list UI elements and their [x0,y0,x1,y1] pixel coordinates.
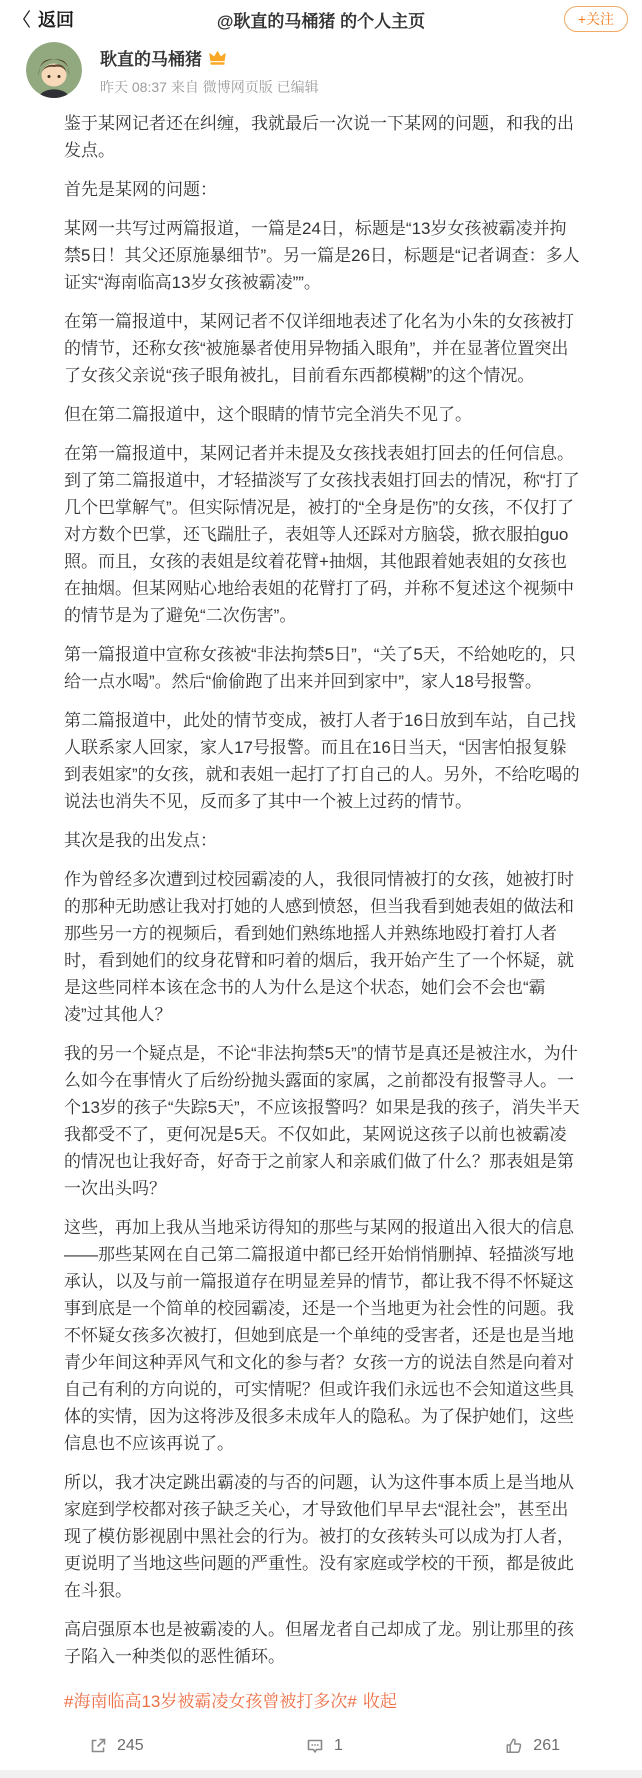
post-paragraph: 高启强原本也是被霸凌的人。但屠龙者自己却成了龙。别让那里的孩子陷入一种类似的恶性… [64,1616,580,1670]
post-paragraph: 所以，我才决定跳出霸凌的与否的问题，认为这件事本质上是当地从家庭到学校都对孩子缺… [64,1469,580,1604]
share-arrow-icon [88,1736,108,1756]
post-paragraph: 在第一篇报道中，某网记者并未提及女孩找表姐打回去的任何信息。到了第二篇报道中，才… [64,440,580,629]
page-title: @耿直的马桶猪 的个人主页 [0,7,642,32]
post-paragraph: 首先是某网的问题： [64,176,580,203]
back-label: 返回 [38,6,74,32]
post-paragraph: 但在第二篇报道中，这个眼睛的情节完全消失不见了。 [64,401,580,428]
hashtag-link[interactable]: #海南临高13岁被霸凌女孩曾被打多次# [64,1692,357,1711]
post-paragraph: 在第一篇报道中，某网记者不仅详细地表述了化名为小朱的女孩被打的情节，还称女孩“被… [64,308,580,389]
username[interactable]: 耿直的马桶猪 [100,45,202,70]
follow-button[interactable]: +关注 [564,6,628,32]
back-button[interactable]: 〈 返回 [14,6,74,32]
thumbs-up-icon [504,1736,524,1756]
post-paragraph: 这些，再加上我从当地采访得知的那些与某网的报道出入很大的信息——那些某网在自己第… [64,1214,580,1457]
chevron-left-icon: 〈 [16,6,30,32]
speech-bubble-icon [305,1736,325,1756]
like-button[interactable]: 261 [504,1736,560,1756]
post-paragraph: 作为曾经多次遭到过校园霸凌的人，我很同情被打的女孩，她被打时的那种无助感让我对打… [64,866,580,1028]
post-paragraph: 第二篇报道中，此处的情节变成，被打人者于16日放到车站，自己找人联系家人回家，家… [64,707,580,815]
repost-button[interactable]: 245 [88,1736,144,1756]
post-paragraph: 其次是我的出发点： [64,827,580,854]
post-paragraph: 第一篇报道中宣称女孩被“非法拘禁5日”，“关了5天，不给她吃的，只给一点水喝”。… [64,641,580,695]
post-paragraph: 鉴于某网记者还在纠缠，我就最后一次说一下某网的问题，和我的出发点。 [64,110,580,164]
post-paragraph: 我的另一个疑点是，不论“非法拘禁5天”的情节是真还是被注水，为什么如今在事情火了… [64,1040,580,1202]
post-paragraph: 某网一共写过两篇报道，一篇是24日，标题是“13岁女孩被霸凌并拘禁5日！其父还原… [64,215,580,296]
user-info: 耿直的马桶猪 昨天 08:37 来自 微博网页版 已编辑 [82,42,319,98]
top-bar: 〈 返回 @耿直的马桶猪 的个人主页 +关注 [0,0,642,38]
user-row: 耿直的马桶猪 昨天 08:37 来自 微博网页版 已编辑 [0,38,642,98]
page-background-strip [0,1770,642,1778]
comment-count: 1 [334,1737,343,1755]
vip-crown-icon [208,49,227,66]
post-meta: 昨天 08:37 来自 微博网页版 已编辑 [100,77,319,97]
post-content: 鉴于某网记者还在纠缠，我就最后一次说一下某网的问题，和我的出发点。首先是某网的问… [64,110,580,1670]
like-count: 261 [533,1737,560,1755]
weibo-profile-post-page: 〈 返回 @耿直的马桶猪 的个人主页 +关注 耿直的马桶猪 [0,0,642,1778]
comment-button[interactable]: 1 [305,1736,343,1756]
collapse-link[interactable]: 收起 [363,1692,397,1711]
tag-row: #海南临高13岁被霸凌女孩曾被打多次#收起 [64,1690,580,1714]
post: 耿直的马桶猪 昨天 08:37 来自 微博网页版 已编辑 鉴于某网记者还在纠缠，… [0,38,642,1770]
avatar-illustration [26,42,82,98]
action-bar: 245 1 261 [0,1720,642,1770]
repost-count: 245 [117,1737,144,1755]
avatar[interactable] [26,42,82,98]
